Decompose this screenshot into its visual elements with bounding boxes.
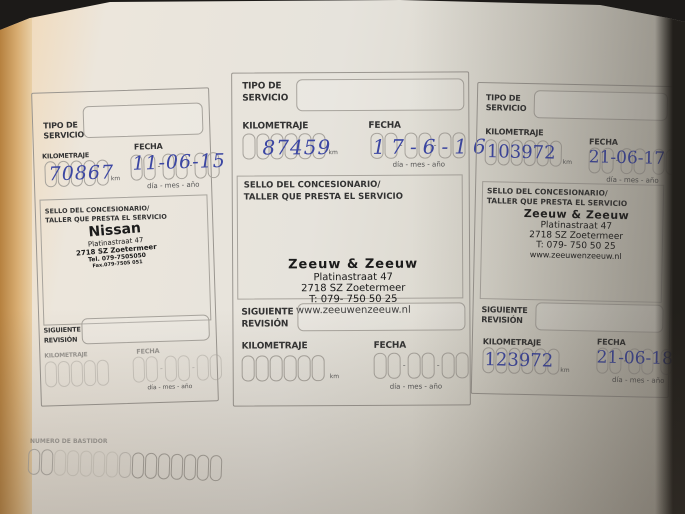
fecha-value: 21-06-17 bbox=[589, 147, 666, 169]
next-fecha-boxes: -- bbox=[374, 352, 469, 378]
dealer-stamp: Nissan Platinastraat 47 2718 SZ Zoeterme… bbox=[64, 218, 167, 271]
next-kilometraje-boxes bbox=[242, 355, 325, 381]
next-service-field[interactable] bbox=[535, 302, 664, 333]
fecha-label: FECHA bbox=[589, 137, 618, 148]
next-service-field[interactable] bbox=[297, 302, 465, 331]
km-unit: km bbox=[330, 373, 339, 380]
km-unit: km bbox=[563, 159, 572, 166]
siguiente-label: SIGUIENTE bbox=[241, 307, 293, 318]
tipo-de-label: TIPO DE bbox=[486, 93, 521, 104]
revision-label: REVISIÓN bbox=[241, 319, 288, 330]
fecha-label: FECHA bbox=[368, 121, 400, 132]
booklet-spine bbox=[0, 18, 32, 514]
tipo-servicio-field[interactable] bbox=[83, 102, 204, 138]
next-fecha-boxes: -- bbox=[132, 354, 222, 383]
servicio-label: SERVICIO bbox=[486, 103, 527, 114]
next-service-field[interactable] bbox=[81, 314, 210, 344]
numero-bastidor-boxes bbox=[28, 449, 223, 482]
km-unit: km bbox=[111, 175, 121, 182]
sello-label-1: SELLO DEL CONCESIONARIO/ bbox=[244, 180, 381, 191]
date-format-hint: día - mes - año bbox=[393, 161, 445, 169]
kilometraje-label: KILOMETRAJE bbox=[242, 121, 308, 132]
kilometraje-value: 70867 bbox=[48, 161, 114, 185]
dealer-stamp-box: SELLO DEL CONCESIONARIO/ TALLER QUE PRES… bbox=[480, 181, 664, 303]
next-kilometraje-label: KILOMETRAJE bbox=[242, 341, 308, 352]
kilometraje-value: 87459 bbox=[262, 135, 331, 159]
dealer-name: Zeeuw & Zeeuw bbox=[273, 257, 433, 273]
service-card-2: TIPO DE SERVICIO KILOMETRAJE 87459 km FE… bbox=[231, 71, 471, 406]
revision-label: REVISIÓN bbox=[44, 335, 78, 346]
servicio-label: SERVICIO bbox=[242, 93, 288, 104]
tipo-de-label: TIPO DE bbox=[242, 81, 281, 92]
date-format-hint: día - mes - año bbox=[147, 181, 200, 191]
dealer-stamp-box: SELLO DEL CONCESIONARIO/ TALLER QUE PRES… bbox=[39, 194, 211, 325]
next-kilometraje-boxes bbox=[45, 360, 110, 388]
km-unit: km bbox=[560, 367, 569, 374]
km-unit: km bbox=[329, 149, 338, 156]
fecha-value: 17-6-16 bbox=[372, 134, 491, 159]
service-card-3: TIPO DE SERVICIO KILOMETRAJE 103972 km F… bbox=[471, 82, 675, 398]
tipo-servicio-field[interactable] bbox=[296, 78, 464, 111]
next-fecha-label: FECHA bbox=[374, 341, 406, 352]
revision-label: REVISIÓN bbox=[481, 315, 523, 326]
dealer-stamp: Zeeuw & Zeeuw Platinastraat 47 2718 SZ Z… bbox=[498, 206, 655, 261]
servicio-label: SERVICIO bbox=[43, 130, 84, 141]
next-fecha-label: FECHA bbox=[597, 338, 626, 349]
background-edge bbox=[655, 0, 685, 514]
dealer-website: www.zeeuwenzeeuw.nl bbox=[498, 249, 654, 261]
dealer-city: 2718 SZ Zoetermeer bbox=[273, 283, 433, 295]
kilometraje-label: KILOMETRAJE bbox=[485, 127, 543, 138]
booklet-page: TIPO DE SERVICIO KILOMETRAJE 70867 km FE… bbox=[0, 0, 685, 514]
sello-label-2: TALLER QUE PRESTA EL SERVICIO bbox=[244, 192, 403, 203]
next-date-format-hint: día - mes - año bbox=[147, 383, 192, 391]
numero-bastidor-label: NÚMERO DE BASTIDOR bbox=[30, 438, 108, 445]
next-kilometraje-value: 123972 bbox=[484, 349, 553, 371]
dealer-address: Platinastraat 47 bbox=[273, 272, 433, 284]
next-date-format-hint: día - mes - año bbox=[390, 383, 442, 391]
tipo-servicio-field[interactable] bbox=[534, 90, 669, 121]
service-card-1: TIPO DE SERVICIO KILOMETRAJE 70867 km FE… bbox=[31, 87, 219, 406]
fecha-value: 11-06-15 bbox=[132, 150, 226, 175]
kilometraje-value: 103972 bbox=[487, 141, 556, 163]
